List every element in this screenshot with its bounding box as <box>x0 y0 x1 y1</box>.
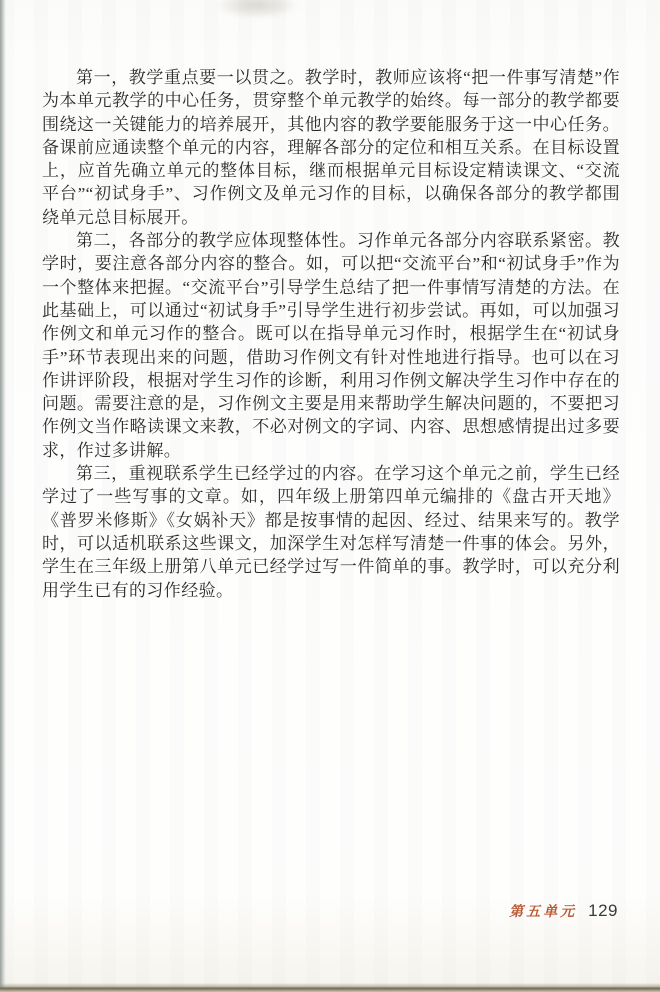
page-number: 129 <box>588 901 618 921</box>
page-left-edge-shadow <box>0 0 6 992</box>
page-footer: 第五单元 129 <box>509 901 618 921</box>
scanned-book-page: 第一，教学重点要一以贯之。教学时，教师应该将“把一件事写清楚”作为本单元教学的中… <box>0 0 660 992</box>
body-paragraph-3: 第三，重视联系学生已经学过的内容。在学习这个单元之前，学生已经学过了一些写事的文… <box>42 462 620 602</box>
page-bottom-edge-shadow <box>0 983 660 992</box>
page-body: 第一，教学重点要一以贯之。教学时，教师应该将“把一件事写清楚”作为本单元教学的中… <box>42 66 620 602</box>
section-label: 第五单元 <box>509 901 577 921</box>
body-paragraph-1: 第一，教学重点要一以贯之。教学时，教师应该将“把一件事写清楚”作为本单元教学的中… <box>42 66 620 229</box>
scan-smudge-artifact <box>218 0 296 18</box>
body-paragraph-2: 第二，各部分的教学应体现整体性。习作单元各部分内容联系紧密。教学时，要注意各部分… <box>42 229 620 462</box>
